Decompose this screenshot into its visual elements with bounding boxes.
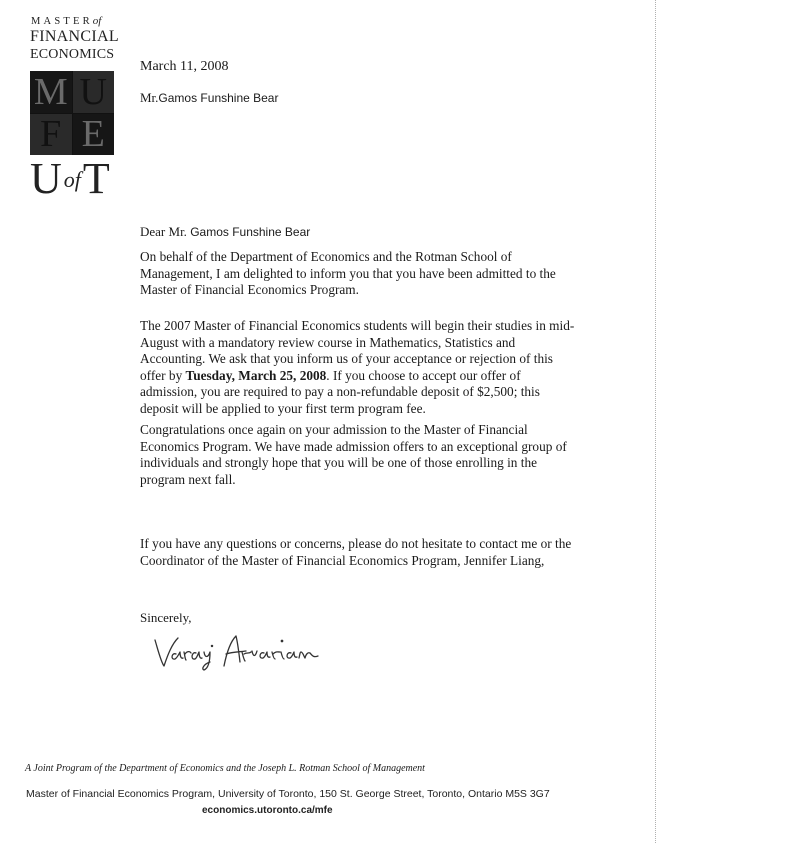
uoft-u: U bbox=[30, 154, 62, 203]
salutation-prefix: Dear Mr. bbox=[140, 224, 187, 239]
letterhead-master-text: MASTER bbox=[31, 16, 93, 27]
recipient-title: Mr. bbox=[140, 90, 158, 105]
letterhead-financial: FINANCIAL bbox=[30, 28, 119, 46]
response-deadline: Tuesday, March 25, 2008 bbox=[186, 368, 327, 383]
paragraph-details: The 2007 Master of Financial Economics s… bbox=[140, 318, 580, 417]
logo-letter-m: M bbox=[30, 71, 72, 113]
scan-margin-line bbox=[655, 0, 656, 843]
paragraph-admission: On behalf of the Department of Economics… bbox=[140, 249, 580, 299]
closing: Sincerely, bbox=[140, 610, 192, 626]
paragraph-congratulations: Congratulations once again on your admis… bbox=[140, 422, 580, 488]
logo-letter-u: U bbox=[73, 71, 115, 113]
uoft-wordmark: UofT bbox=[30, 157, 110, 201]
footer-joint-program: A Joint Program of the Department of Eco… bbox=[25, 763, 425, 774]
footer-address: Master of Financial Economics Program, U… bbox=[26, 788, 550, 800]
logo-letter-e: E bbox=[73, 114, 115, 156]
letterhead-master: MASTERof bbox=[31, 15, 101, 27]
letterhead-economics: ECONOMICS bbox=[30, 47, 114, 63]
paragraph-contact: If you have any questions or concerns, p… bbox=[140, 536, 580, 569]
signature-icon: Varouj Aivazian bbox=[152, 632, 332, 672]
salutation-name: Gamos Funshine Bear bbox=[190, 225, 310, 239]
footer-website: economics.utoronto.ca/mfe bbox=[202, 805, 333, 816]
recipient-name: Gamos Funshine Bear bbox=[158, 91, 278, 105]
recipient: Mr.Gamos Funshine Bear bbox=[140, 90, 278, 106]
logo-letter-f: F bbox=[30, 114, 72, 156]
letter-date: March 11, 2008 bbox=[140, 59, 229, 75]
uoft-t: T bbox=[83, 154, 110, 203]
letterhead-of: of bbox=[93, 15, 102, 27]
signature: Varouj Aivazian bbox=[152, 632, 332, 677]
mfe-logo: M U F E bbox=[30, 71, 114, 155]
uoft-of: of bbox=[64, 167, 81, 192]
salutation: Dear Mr. Gamos Funshine Bear bbox=[140, 224, 310, 240]
